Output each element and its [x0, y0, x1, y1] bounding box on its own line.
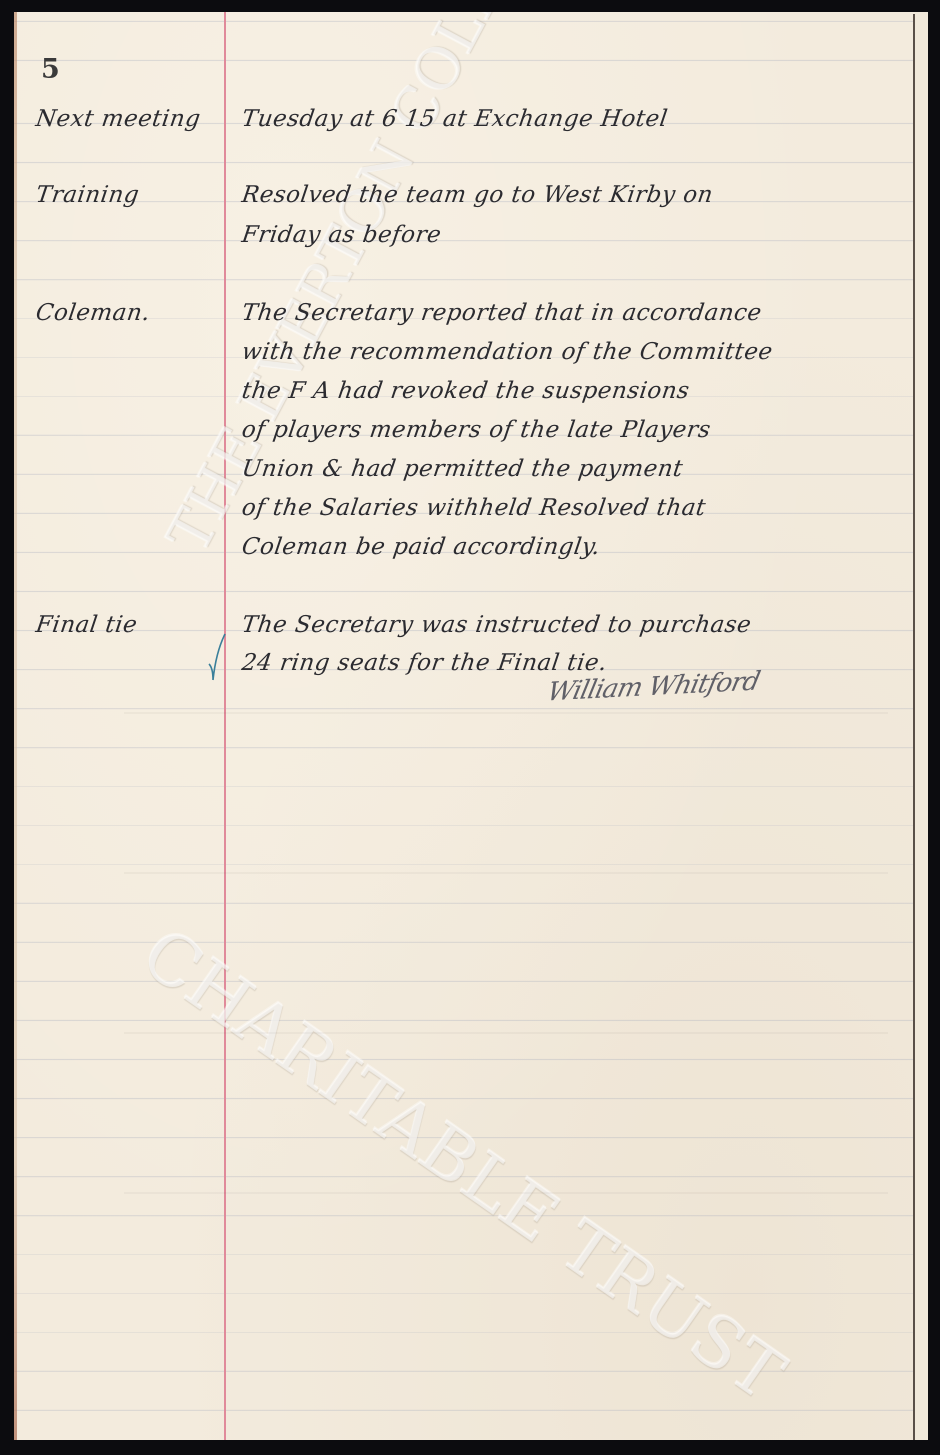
blue-tick-mark-icon	[207, 632, 227, 682]
entry-line: Coleman be paid accordingly.	[240, 534, 602, 560]
entry-line: 24 ring seats for the Final tie.	[240, 650, 609, 676]
ruled-lines	[14, 12, 928, 1440]
bleed-through	[124, 712, 888, 714]
page-number: 5	[41, 54, 60, 85]
binding-edge-line	[913, 14, 915, 1440]
entry-label-training: Training	[34, 182, 141, 208]
entry-line: of players members of the late Players	[240, 417, 712, 443]
entry-line: the F A had revoked the suspensions	[240, 378, 691, 404]
entry-line: of the Salaries withheld Resolved that	[240, 495, 707, 521]
entry-label-next-meeting: Next meeting	[34, 106, 202, 132]
entry-line: Friday as before	[240, 222, 443, 248]
entry-line: Tuesday at 6 15 at Exchange Hotel	[240, 106, 669, 132]
red-margin-line	[224, 12, 226, 1440]
page-left-edge	[14, 12, 17, 1440]
entry-line: with the recommendation of the Committee	[240, 339, 774, 365]
page-edge-strip	[915, 12, 928, 1440]
entry-label-coleman: Coleman.	[34, 300, 152, 326]
entry-line: Resolved the team go to West Kirby on	[240, 182, 715, 208]
bleed-through	[124, 1032, 888, 1034]
bleed-through	[124, 1192, 888, 1194]
ledger-page: THE EVERTON COLLECTION CHARITABLE TRUST …	[14, 12, 928, 1440]
entry-label-final-tie: Final tie	[34, 612, 139, 638]
bleed-through	[124, 872, 888, 874]
entry-line: The Secretary was instructed to purchase	[240, 612, 753, 638]
entry-line: Union & had permitted the payment	[240, 456, 685, 482]
entry-line: The Secretary reported that in accordanc…	[240, 300, 763, 326]
